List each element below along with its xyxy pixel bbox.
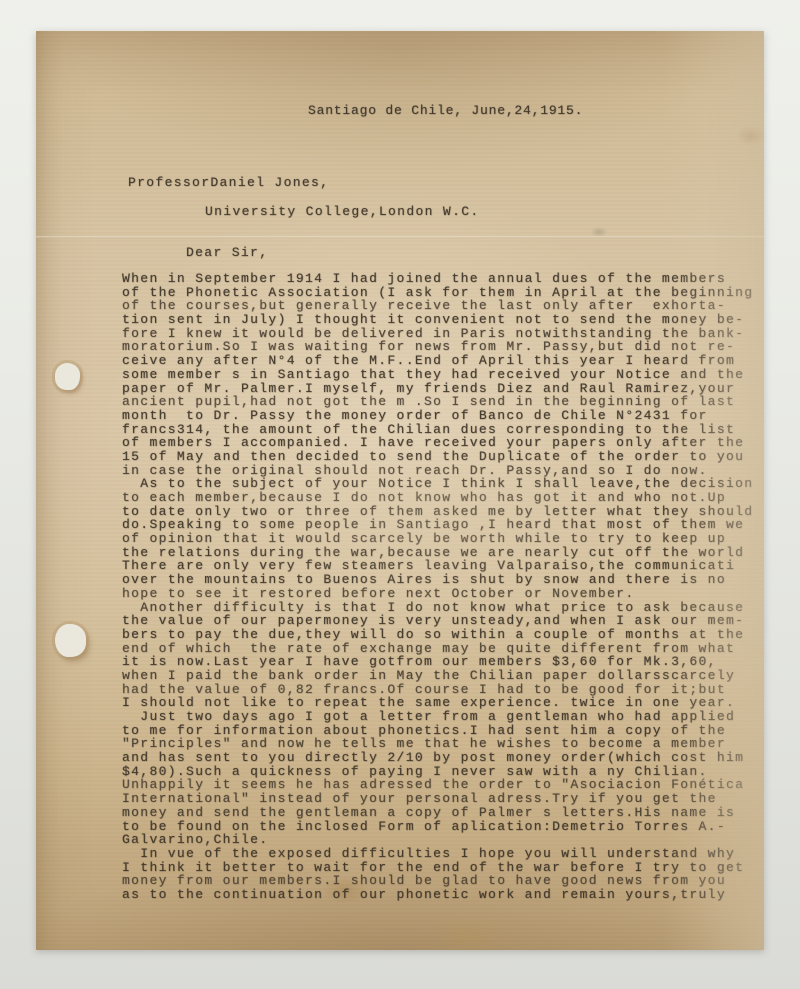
letter-line: ceive any after N°4 of the M.F..End of A… bbox=[122, 354, 753, 368]
letter-line: Galvarino,Chile. bbox=[122, 833, 753, 847]
letter-line: hope to see it restored before next Octo… bbox=[122, 587, 753, 601]
letter-line: money from our members.I should be glad … bbox=[122, 874, 753, 888]
letter-line: had the value of 0,82 francs.Of course I… bbox=[122, 683, 753, 697]
letter-line: I should not like to repeat the same exp… bbox=[122, 696, 753, 710]
letter-line: In vue of the exposed difficulties I hop… bbox=[122, 847, 753, 861]
letter-line: and has sent to you directly 2/10 by pos… bbox=[122, 751, 753, 765]
letter-line: of members I accompanied. I have receive… bbox=[122, 436, 753, 450]
letter-line: As to the subject of your Notice I think… bbox=[122, 477, 753, 491]
letter-line: bers to pay the due,they will do so with… bbox=[122, 628, 753, 642]
letter-line: of opinion that it would scarcely be wor… bbox=[122, 532, 753, 546]
letter-line: as to the continuation of our phonetic w… bbox=[122, 888, 753, 902]
letter-line: I think it better to wait for the end of… bbox=[122, 861, 753, 875]
letter-line: to be found on the inclosed Form of apli… bbox=[122, 820, 753, 834]
letter-line: $4,80).Such a quickness of paying I neve… bbox=[122, 765, 753, 779]
letter-line: to date only two or three of them asked … bbox=[122, 505, 753, 519]
paper-stain bbox=[736, 126, 766, 146]
letter-line: International" instead of your personal … bbox=[122, 792, 753, 806]
letter-line: do.Speaking to some people in Santiago ,… bbox=[122, 518, 753, 532]
letter-line: Just two days ago I got a letter from a … bbox=[122, 710, 753, 724]
letter-line: month to Dr. Passy the money order of Ba… bbox=[122, 409, 753, 423]
letter-page: Santiago de Chile, June,24,1915. Profess… bbox=[36, 31, 764, 950]
letter-line: "Principles" and now he tells me that he… bbox=[122, 737, 753, 751]
letter-line: when I paid the bank order in May the Ch… bbox=[122, 669, 753, 683]
letter-line: the relations during the war,because we … bbox=[122, 546, 753, 560]
letter-line: it is now.Last year I have gotfrom our m… bbox=[122, 655, 753, 669]
letter-line: over the mountains to Buenos Aires is sh… bbox=[122, 573, 753, 587]
letter-line: of the courses,but generally receive the… bbox=[122, 299, 753, 313]
letter-line: to me for information about phonetics.I … bbox=[122, 724, 753, 738]
letter-line: to each member,because I do not know who… bbox=[122, 491, 753, 505]
letter-line: tion sent in July) I thought it convenie… bbox=[122, 313, 753, 327]
letter-line: of the Phonetic Association (I ask for t… bbox=[122, 286, 753, 300]
letter-line: in case the original should not reach Dr… bbox=[122, 464, 753, 478]
letter-line: Another difficulty is that I do not know… bbox=[122, 601, 753, 615]
letter-line: moratorium.So I was waiting for news fro… bbox=[122, 340, 753, 354]
letter-line: When in September 1914 I had joined the … bbox=[122, 272, 753, 286]
letter-line: end of which the rate of exchange may be… bbox=[122, 642, 753, 656]
letter-line: Unhappily it seems he has adressed the o… bbox=[122, 778, 753, 792]
paper-crease bbox=[36, 236, 764, 239]
recipient-name: ProfessorDaniel Jones, bbox=[128, 175, 329, 190]
letter-line: fore I knew it would be delivered in Par… bbox=[122, 327, 753, 341]
paper-hole-top bbox=[55, 363, 80, 390]
photo-background: Santiago de Chile, June,24,1915. Profess… bbox=[0, 0, 800, 989]
letter-line: some member s in Santiago that they had … bbox=[122, 368, 753, 382]
dateline: Santiago de Chile, June,24,1915. bbox=[308, 103, 583, 118]
letter-line: There are only very few steamers leaving… bbox=[122, 559, 753, 573]
letter-line: ancient pupil,had not got the m .So I se… bbox=[122, 395, 753, 409]
letter-line: the value of our papermoney is very unst… bbox=[122, 614, 753, 628]
recipient-address: University College,London W.C. bbox=[205, 204, 480, 219]
paper-hole-bottom bbox=[55, 624, 86, 657]
letter-line: 15 of May and then decided to send the D… bbox=[122, 450, 753, 464]
salutation: Dear Sir, bbox=[186, 245, 268, 260]
letter-line: money and send the gentleman a copy of P… bbox=[122, 806, 753, 820]
paper-stain bbox=[436, 919, 506, 953]
letter-line: paper of Mr. Palmer.I myself, my friends… bbox=[122, 382, 753, 396]
letter-body: When in September 1914 I had joined the … bbox=[122, 272, 753, 902]
letter-line: francs314, the amount of the Chilian due… bbox=[122, 423, 753, 437]
